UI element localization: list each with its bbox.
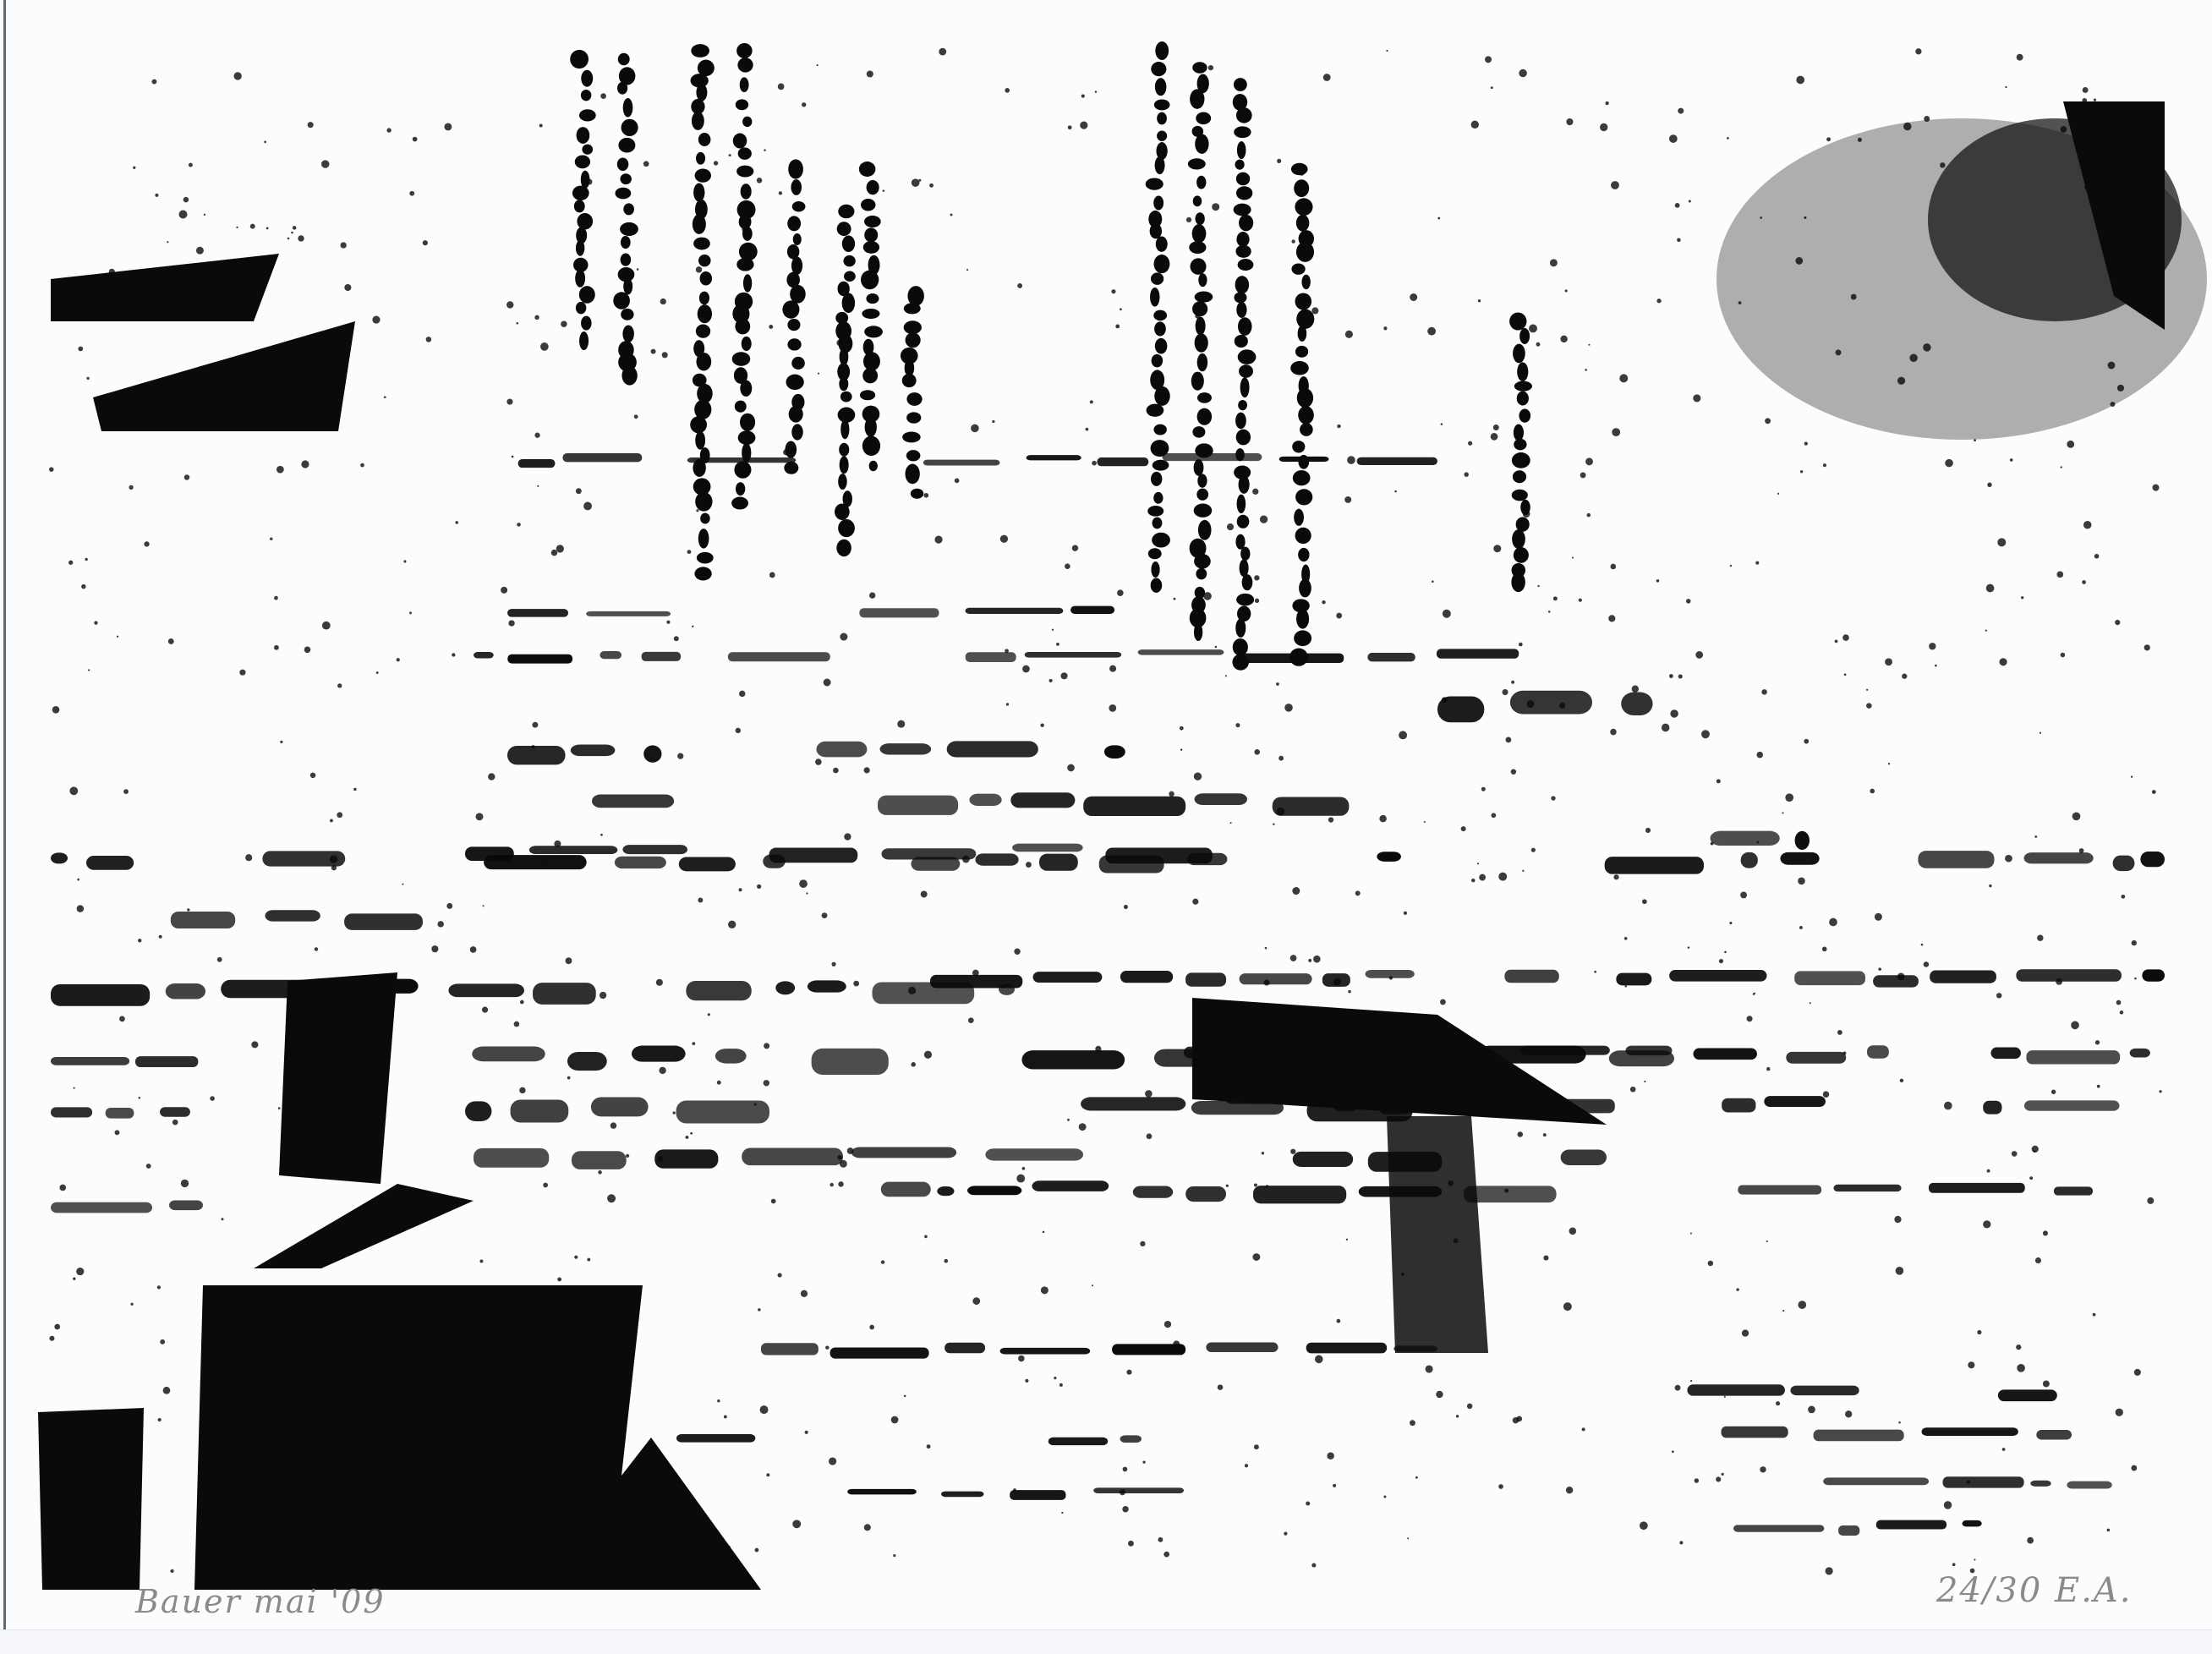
edition-number: 24/30 E.A. xyxy=(1936,1571,2133,1610)
paper-margin xyxy=(0,1629,2212,1654)
artwork-print: Bauer mai '09 24/30 E.A. xyxy=(0,0,2212,1654)
ink-composition xyxy=(0,0,2212,1654)
artist-signature-date: Bauer mai '09 xyxy=(135,1583,386,1620)
